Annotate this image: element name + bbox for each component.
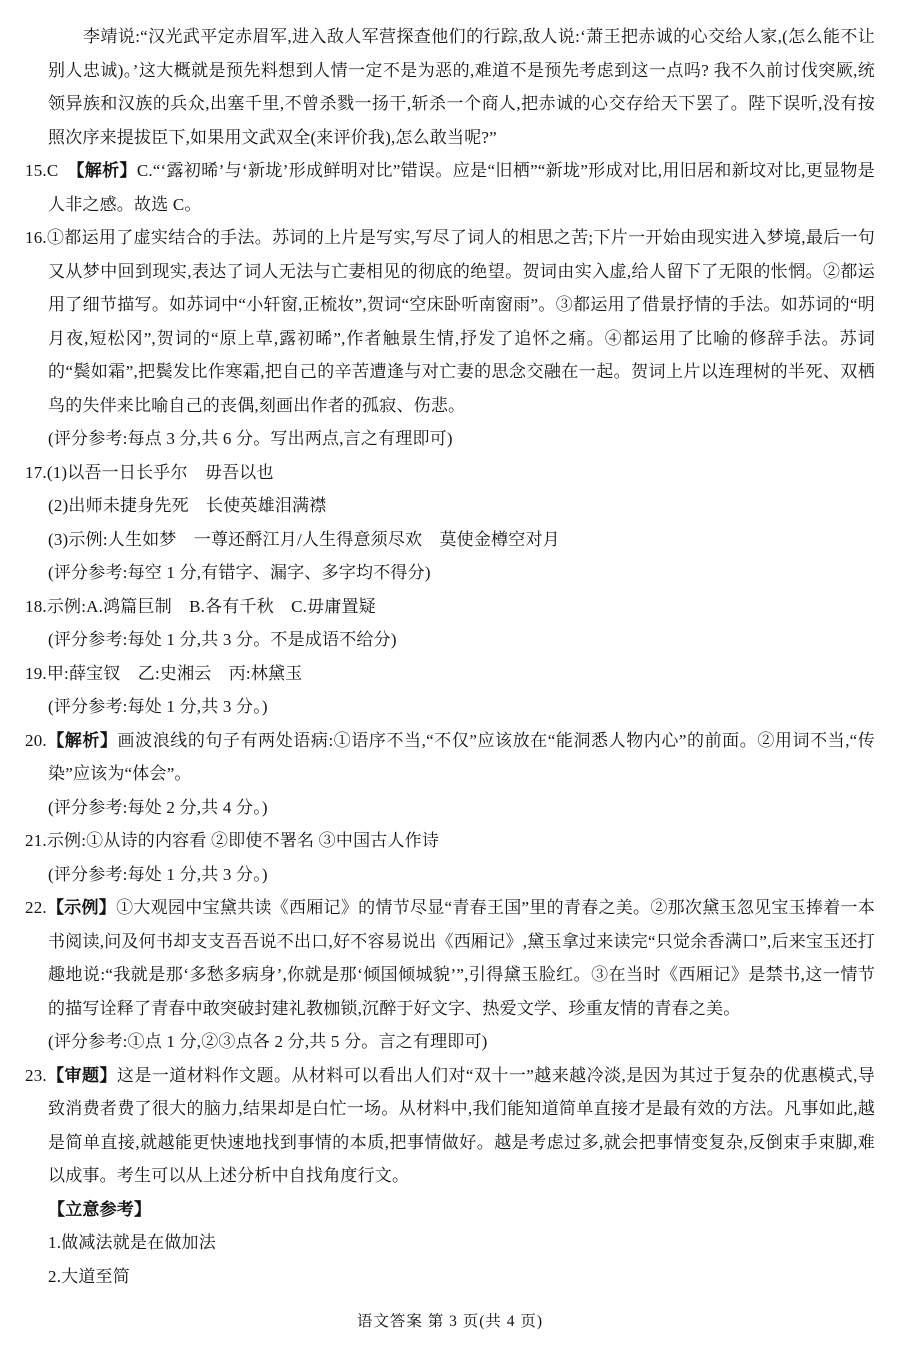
answer-item-20: 20.【解析】画波浪线的句子有两处语病:①语序不当,“不仅”应该放在“能洞悉人物… <box>25 724 875 791</box>
item-number: 22. <box>25 898 47 917</box>
text-run: 示例:①从诗的内容看 ②即使不署名 ③中国古人作诗 <box>47 831 439 850</box>
answer-item-17-2: (2)出师未捷身先死 长使英雄泪满襟 <box>25 489 875 523</box>
text-run: 甲:薛宝钗 乙:史湘云 丙:林黛玉 <box>47 664 303 683</box>
answer-item-15: 15.C 【解析】C.“‘露初晞’与‘新垅’形成鲜明对比”错误。应是“旧栖”“新… <box>25 154 875 221</box>
text-run: 这是一道材料作文题。从材料可以看出人们对“双十一”越来越冷淡,是因为其过于复杂的… <box>48 1066 875 1186</box>
item-number: 19. <box>25 664 47 683</box>
text-run: (评分参考:每处 1 分,共 3 分。) <box>48 865 268 884</box>
text-run: (评分参考:每空 1 分,有错字、漏字、多字均不得分) <box>48 563 431 582</box>
heading-intent-reference: 【立意参考】 <box>25 1193 875 1227</box>
answer-item-21: 21.示例:①从诗的内容看 ②即使不署名 ③中国古人作诗 <box>25 824 875 858</box>
item-number: 16. <box>25 228 47 247</box>
bold-label: 【示例】 <box>47 898 116 917</box>
text-run: 1.做减法就是在做加法 <box>48 1233 216 1252</box>
item-number: 18. <box>25 597 47 616</box>
text-run: 李靖说:“汉光武平定赤眉军,进入敌人军营探查他们的行踪,敌人说:‘萧王把赤诚的心… <box>48 27 875 147</box>
text-run: 画波浪线的句子有两处语病:①语序不当,“不仅”应该放在“能洞悉人物内心”的前面。… <box>48 731 875 784</box>
bold-label: 【解析】 <box>76 161 137 180</box>
answer-item-19: 19.甲:薛宝钗 乙:史湘云 丙:林黛玉 <box>25 657 875 691</box>
bold-label: 【解析】 <box>47 731 118 750</box>
text-run: C.“‘露初晞’与‘新垅’形成鲜明对比”错误。应是“旧栖”“新垅”形成对比,用旧… <box>48 161 875 214</box>
item-number: 15.C <box>25 161 76 180</box>
answer-item-23: 23.【审题】这是一道材料作文题。从材料可以看出人们对“双十一”越来越冷淡,是因… <box>25 1059 875 1193</box>
scoring-note-22: (评分参考:①点 1 分,②③点各 2 分,共 5 分。言之有理即可) <box>25 1025 875 1059</box>
scoring-note-21: (评分参考:每处 1 分,共 3 分。) <box>25 858 875 892</box>
item-number: 17. <box>25 463 47 482</box>
bold-label: 【立意参考】 <box>48 1200 151 1219</box>
text-run: 示例:A.鸿篇巨制 B.各有千秋 C.毋庸置疑 <box>47 597 376 616</box>
text-run: (评分参考:每处 1 分,共 3 分。不是成语不给分) <box>48 630 397 649</box>
scoring-note-17: (评分参考:每空 1 分,有错字、漏字、多字均不得分) <box>25 556 875 590</box>
text-run: (评分参考:每处 2 分,共 4 分。) <box>48 798 268 817</box>
answer-item-17-1: 17.(1)以吾一日长乎尔 毋吾以也 <box>25 456 875 490</box>
answer-item-18: 18.示例:A.鸿篇巨制 B.各有千秋 C.毋庸置疑 <box>25 590 875 624</box>
scoring-note-16: (评分参考:每点 3 分,共 6 分。写出两点,言之有理即可) <box>25 422 875 456</box>
answer-item-16: 16.①都运用了虚实结合的手法。苏词的上片是写实,写尽了词人的相思之苦;下片一开… <box>25 221 875 422</box>
bold-label: 【审题】 <box>47 1066 117 1085</box>
page-footer: 语文答案 第 3 页(共 4 页) <box>0 1305 900 1339</box>
text-run: (2)出师未捷身先死 长使英雄泪满襟 <box>48 496 326 515</box>
answer-sheet-page: 李靖说:“汉光武平定赤眉军,进入敌人军营探查他们的行踪,敌人说:‘萧王把赤诚的心… <box>0 0 900 1354</box>
text-run: ①都运用了虚实结合的手法。苏词的上片是写实,写尽了词人的相思之苦;下片一开始由现… <box>47 228 875 415</box>
text-run: (评分参考:①点 1 分,②③点各 2 分,共 5 分。言之有理即可) <box>48 1032 488 1051</box>
scoring-note-19: (评分参考:每处 1 分,共 3 分。) <box>25 690 875 724</box>
scoring-note-18: (评分参考:每处 1 分,共 3 分。不是成语不给分) <box>25 623 875 657</box>
text-run: 2.大道至简 <box>48 1267 130 1286</box>
item-number: 20. <box>25 731 47 750</box>
answer-item-22: 22.【示例】①大观园中宝黛共读《西厢记》的情节尽显“青春王国”里的青春之美。②… <box>25 891 875 1025</box>
intent-option-1: 1.做减法就是在做加法 <box>25 1226 875 1260</box>
answer-item-17-3: (3)示例:人生如梦 一尊还酹江月/人生得意须尽欢 莫使金樽空对月 <box>25 523 875 557</box>
scoring-note-20: (评分参考:每处 2 分,共 4 分。) <box>25 791 875 825</box>
text-run: (评分参考:每处 1 分,共 3 分。) <box>48 697 268 716</box>
text-run: (评分参考:每点 3 分,共 6 分。写出两点,言之有理即可) <box>48 429 453 448</box>
text-run: (1)以吾一日长乎尔 毋吾以也 <box>47 463 274 482</box>
text-run: ①大观园中宝黛共读《西厢记》的情节尽显“青春王国”里的青春之美。②那次黛玉忽见宝… <box>48 898 875 1018</box>
text-run: (3)示例:人生如梦 一尊还酹江月/人生得意须尽欢 莫使金樽空对月 <box>48 530 560 549</box>
intent-option-2: 2.大道至简 <box>25 1260 875 1294</box>
answer-content: 李靖说:“汉光武平定赤眉军,进入敌人军营探查他们的行踪,敌人说:‘萧王把赤诚的心… <box>25 20 875 1293</box>
translation-paragraph: 李靖说:“汉光武平定赤眉军,进入敌人军营探查他们的行踪,敌人说:‘萧王把赤诚的心… <box>25 20 875 154</box>
item-number: 21. <box>25 831 47 850</box>
item-number: 23. <box>25 1066 47 1085</box>
